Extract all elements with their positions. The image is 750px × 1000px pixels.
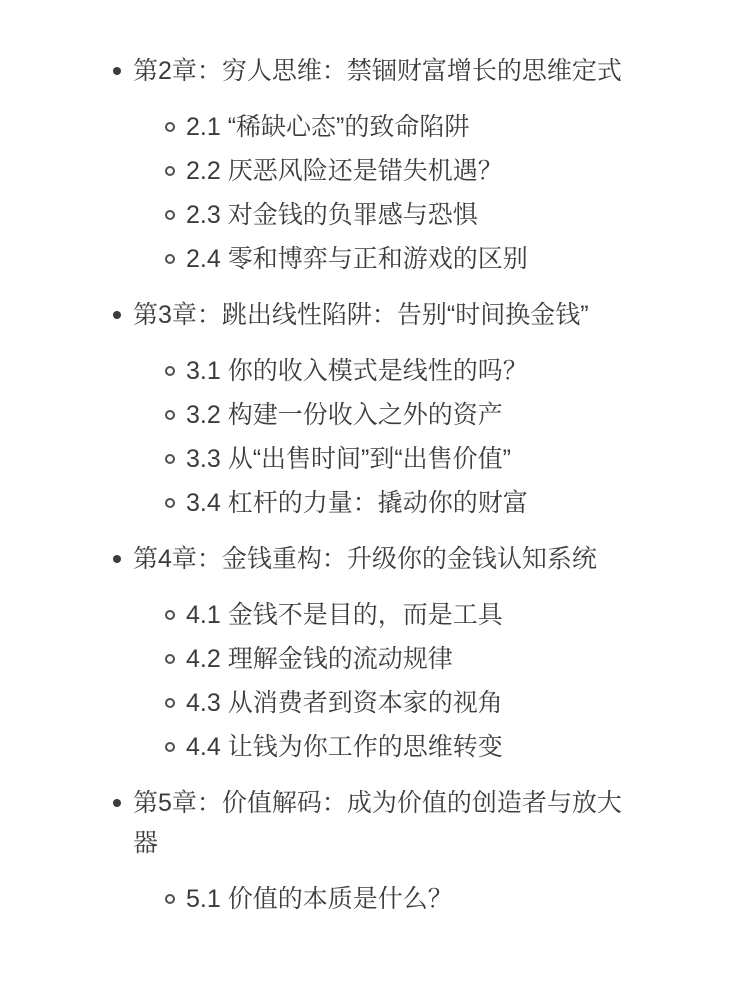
chapter-title: 第5章：价值解码：成为价值的创造者与放大器: [133, 789, 622, 857]
section-item: 3.4 杠杆的力量：撬动你的财富: [186, 483, 633, 523]
bullet-circle-icon: [165, 654, 175, 664]
bullet-circle-icon: [165, 410, 175, 420]
section-item: 4.1 金钱不是目的，而是工具: [186, 595, 633, 635]
chapter-item-5: 第5章：价值解码：成为价值的创造者与放大器 5.1 价值的本质是什么？: [133, 783, 633, 919]
chapter-3-sections: 3.1 你的收入模式是线性的吗？ 3.2 构建一份收入之外的资产 3.3 从“出…: [133, 351, 633, 523]
bullet-circle-icon: [165, 894, 175, 904]
section-item: 4.3 从消费者到资本家的视角: [186, 683, 633, 723]
bullet-circle-icon: [165, 366, 175, 376]
chapter-item-2: 第2章：穷人思维：禁锢财富增长的思维定式 2.1 “稀缺心态”的致命陷阱 2.2…: [133, 51, 633, 279]
bullet-disc-icon: [113, 799, 121, 807]
table-of-contents: 第2章：穷人思维：禁锢财富增长的思维定式 2.1 “稀缺心态”的致命陷阱 2.2…: [0, 0, 750, 919]
chapter-title: 第3章：跳出线性陷阱：告别“时间换金钱”: [133, 301, 589, 329]
section-title: 2.1 “稀缺心态”的致命陷阱: [186, 113, 469, 141]
chapter-5-sections: 5.1 价值的本质是什么？: [133, 879, 633, 919]
section-item: 4.2 理解金钱的流动规律: [186, 639, 633, 679]
chapter-4-sections: 4.1 金钱不是目的，而是工具 4.2 理解金钱的流动规律 4.3 从消费者到资…: [133, 595, 633, 767]
section-title: 4.1 金钱不是目的，而是工具: [186, 601, 503, 629]
section-title: 3.3 从“出售时间”到“出售价值”: [186, 445, 511, 473]
bullet-circle-icon: [165, 122, 175, 132]
section-item: 2.4 零和博弈与正和游戏的区别: [186, 239, 633, 279]
bullet-circle-icon: [165, 498, 175, 508]
chapter-item-4: 第4章：金钱重构：升级你的金钱认知系统 4.1 金钱不是目的，而是工具 4.2 …: [133, 539, 633, 767]
section-item: 3.3 从“出售时间”到“出售价值”: [186, 439, 633, 479]
chapter-title: 第2章：穷人思维：禁锢财富增长的思维定式: [133, 57, 622, 85]
section-title: 3.1 你的收入模式是线性的吗？: [186, 357, 528, 385]
section-item: 3.2 构建一份收入之外的资产: [186, 395, 633, 435]
document-page: 第2章：穷人思维：禁锢财富增长的思维定式 2.1 “稀缺心态”的致命陷阱 2.2…: [0, 0, 750, 1000]
bullet-disc-icon: [113, 67, 121, 75]
section-title: 2.4 零和博弈与正和游戏的区别: [186, 245, 528, 273]
section-item: 2.3 对金钱的负罪感与恐惧: [186, 195, 633, 235]
section-item: 5.1 价值的本质是什么？: [186, 879, 633, 919]
bullet-circle-icon: [165, 454, 175, 464]
chapter-item-3: 第3章：跳出线性陷阱：告别“时间换金钱” 3.1 你的收入模式是线性的吗？ 3.…: [133, 295, 633, 523]
bullet-circle-icon: [165, 254, 175, 264]
bullet-circle-icon: [165, 166, 175, 176]
bullet-circle-icon: [165, 610, 175, 620]
section-title: 3.4 杠杆的力量：撬动你的财富: [186, 489, 528, 517]
section-item: 3.1 你的收入模式是线性的吗？: [186, 351, 633, 391]
section-title: 4.3 从消费者到资本家的视角: [186, 689, 503, 717]
bullet-circle-icon: [165, 210, 175, 220]
section-item: 4.4 让钱为你工作的思维转变: [186, 727, 633, 767]
section-title: 4.2 理解金钱的流动规律: [186, 645, 453, 673]
section-item: 2.2 厌恶风险还是错失机遇？: [186, 151, 633, 191]
section-title: 4.4 让钱为你工作的思维转变: [186, 733, 503, 761]
bullet-disc-icon: [113, 555, 121, 563]
section-title: 3.2 构建一份收入之外的资产: [186, 401, 503, 429]
section-item: 2.1 “稀缺心态”的致命陷阱: [186, 107, 633, 147]
section-title: 2.2 厌恶风险还是错失机遇？: [186, 157, 503, 185]
section-title: 5.1 价值的本质是什么？: [186, 885, 453, 913]
section-title: 2.3 对金钱的负罪感与恐惧: [186, 201, 478, 229]
chapter-2-sections: 2.1 “稀缺心态”的致命陷阱 2.2 厌恶风险还是错失机遇？ 2.3 对金钱的…: [133, 107, 633, 279]
bullet-circle-icon: [165, 742, 175, 752]
bullet-disc-icon: [113, 311, 121, 319]
bullet-circle-icon: [165, 698, 175, 708]
chapter-title: 第4章：金钱重构：升级你的金钱认知系统: [133, 545, 597, 573]
